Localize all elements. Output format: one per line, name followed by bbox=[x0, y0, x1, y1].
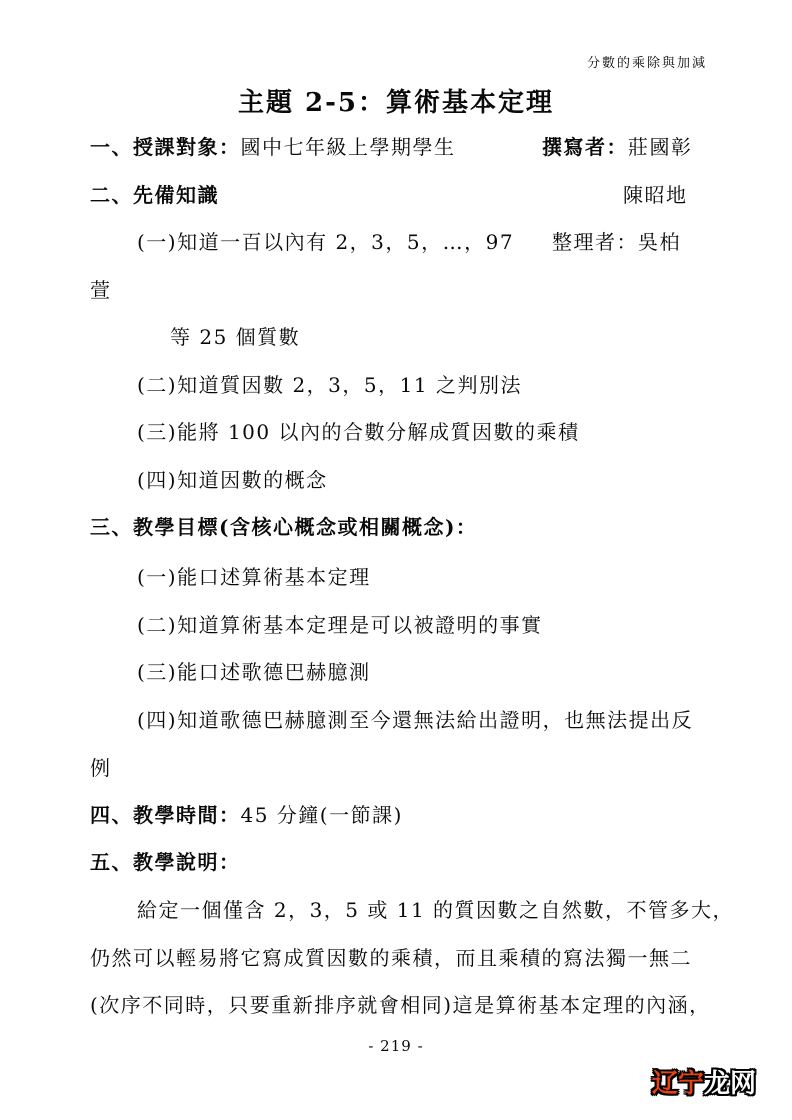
line-item-3-4: (四)知道歌德巴赫臆測至今還無法給出證明，也無法提出反 bbox=[90, 708, 710, 732]
page-number: - 219 - bbox=[0, 1037, 792, 1055]
line-item-2-1-cont: 等 25 個質數 bbox=[90, 325, 710, 349]
item-2-1-text: (一)知道一百以內有 2，3，5，…，97 bbox=[137, 230, 514, 254]
line-item-3-3: (三)能口述歌德巴赫臆測 bbox=[90, 660, 710, 684]
line-organizer-name-cont: 萱 bbox=[90, 278, 710, 302]
line-paragraph-2: 仍然可以輕易將它寫成質因數的乘積，而且乘積的寫法獨一無二 bbox=[90, 946, 710, 970]
site-watermark: 辽宁龙网 bbox=[652, 1070, 756, 1098]
organizer-name: 吳柏 bbox=[638, 230, 681, 254]
line-item-2-3: (三)能將 100 以內的合數分解成質因數的乘積 bbox=[90, 420, 710, 444]
line-item-3-1: (一)能口述算術基本定理 bbox=[90, 565, 710, 589]
line-item-2-2: (二)知道質因數 2，3，5，11 之判別法 bbox=[90, 373, 710, 397]
line-teaching-goals: 三、教學目標(含核心概念或相關概念)： bbox=[90, 515, 710, 539]
author-field: 撰寫者：莊國彰 bbox=[542, 135, 693, 159]
section4-label: 四、教學時間： bbox=[90, 803, 241, 827]
line-prior-knowledge: 二、先備知識 陳昭地 bbox=[90, 183, 710, 207]
page-title: 主題 2-5：算術基本定理 bbox=[0, 82, 792, 119]
line-teaching-time: 四、教學時間：45 分鐘(一節課) bbox=[90, 803, 710, 827]
line-item-3-4-cont: 例 bbox=[90, 756, 710, 780]
section4-value: 45 分鐘(一節課) bbox=[241, 803, 403, 827]
organizer-field: 整理者：吳柏 bbox=[552, 230, 681, 254]
author-name: 莊國彰 bbox=[628, 135, 693, 159]
watermark-part-2: 龙网 bbox=[704, 1069, 756, 1099]
author-label: 撰寫者： bbox=[542, 135, 628, 159]
section1-label: 一、授課對象： bbox=[90, 135, 241, 159]
running-header: 分數的乘除與加減 bbox=[587, 52, 707, 71]
section2-label: 二、先備知識 bbox=[90, 183, 219, 207]
section1-value: 國中七年級上學期學生 bbox=[241, 135, 456, 159]
line-paragraph-3: (次序不同時，只要重新排序就會相同)這是算術基本定理的內涵， bbox=[90, 993, 710, 1017]
reviewer-name: 陳昭地 bbox=[623, 183, 688, 207]
line-item-2-1: (一)知道一百以內有 2，3，5，…，97 整理者：吳柏 bbox=[90, 230, 710, 254]
watermark-part-1: 辽宁 bbox=[652, 1069, 704, 1099]
organizer-label: 整理者： bbox=[552, 230, 638, 254]
line-teaching-target: 一、授課對象：國中七年級上學期學生 撰寫者：莊國彰 bbox=[90, 135, 710, 159]
line-paragraph-1: 給定一個僅含 2，3，5 或 11 的質因數之自然數，不管多大， bbox=[90, 898, 710, 922]
line-teaching-notes: 五、教學說明： bbox=[90, 850, 710, 874]
document-page: 分數的乘除與加減 主題 2-5：算術基本定理 一、授課對象：國中七年級上學期學生… bbox=[0, 0, 792, 1120]
line-item-3-2: (二)知道算術基本定理是可以被證明的事實 bbox=[90, 613, 710, 637]
line-item-2-4: (四)知道因數的概念 bbox=[90, 468, 710, 492]
